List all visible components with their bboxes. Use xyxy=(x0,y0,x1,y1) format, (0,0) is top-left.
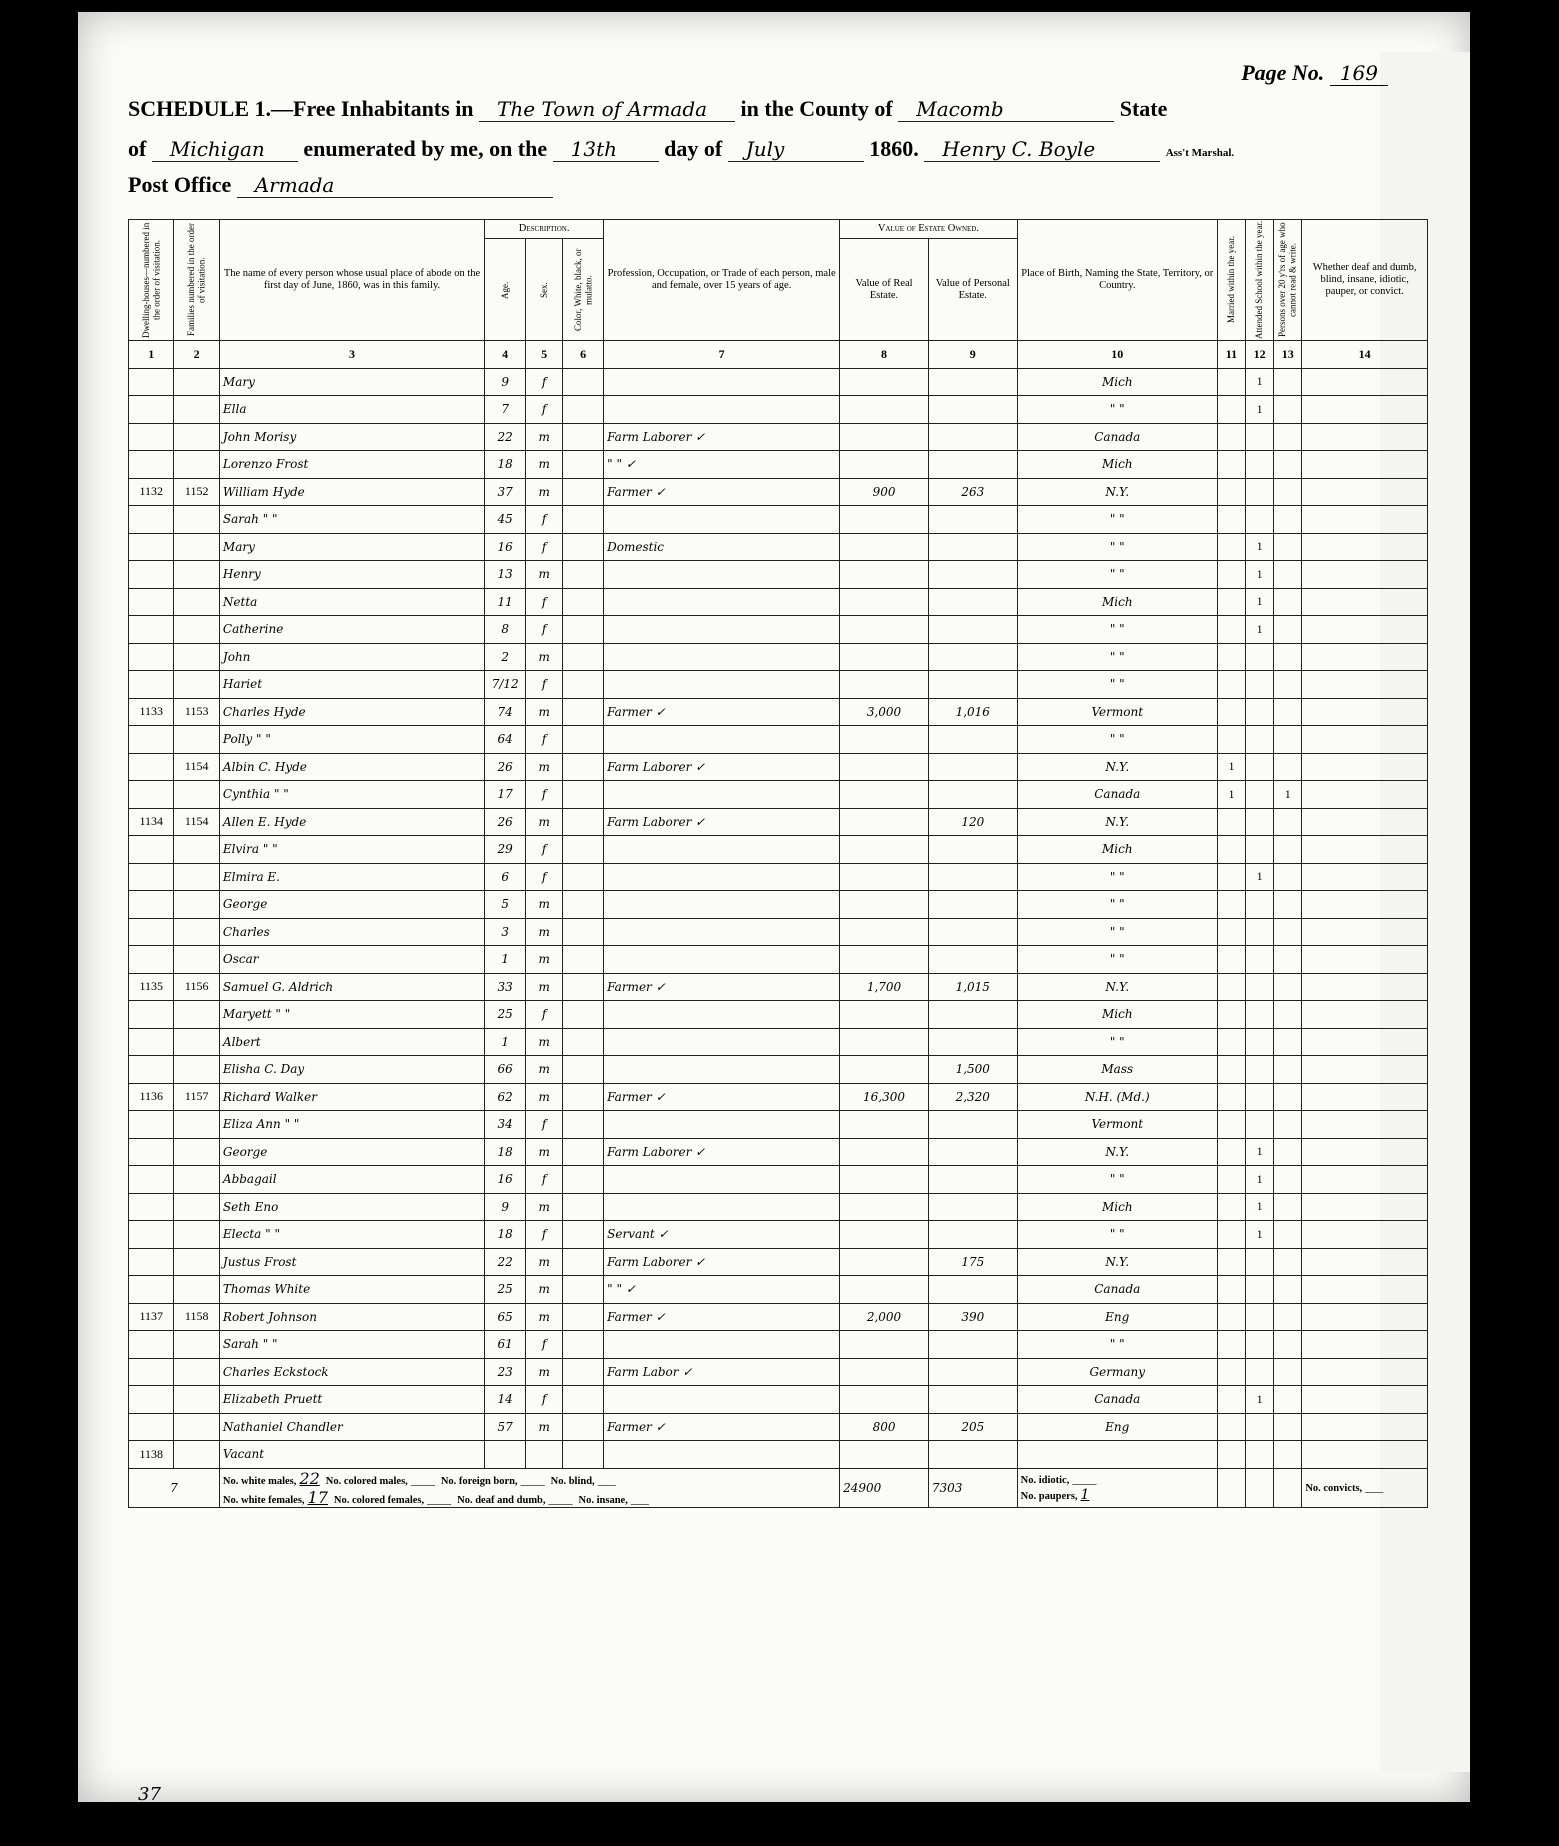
personal-estate-value xyxy=(928,1001,1017,1029)
sex: f xyxy=(526,1221,563,1249)
personal-estate-value: 120 xyxy=(928,808,1017,836)
color xyxy=(563,451,604,479)
dwelling-number xyxy=(129,753,174,781)
paupers-count: 1 xyxy=(1081,1487,1090,1503)
census-row: Henry13m" "1 xyxy=(129,561,1428,589)
attended-school xyxy=(1246,671,1274,699)
birthplace: Mich xyxy=(1017,588,1217,616)
family-number xyxy=(174,1386,219,1414)
family-number xyxy=(174,1111,219,1139)
color xyxy=(563,1358,604,1386)
personal-estate-value xyxy=(928,616,1017,644)
age: 25 xyxy=(485,1001,526,1029)
color xyxy=(563,973,604,1001)
sex: f xyxy=(526,396,563,424)
cannot-read-write xyxy=(1274,1111,1302,1139)
cannot-read-write xyxy=(1274,946,1302,974)
sex: m xyxy=(526,561,563,589)
occupation xyxy=(604,1193,840,1221)
sex: f xyxy=(526,726,563,754)
occupation: " " ✓ xyxy=(604,451,840,479)
sex: m xyxy=(526,1303,563,1331)
birthplace: Mich xyxy=(1017,451,1217,479)
age: 18 xyxy=(485,451,526,479)
occupation xyxy=(604,1386,840,1414)
census-row: Seth Eno9mMich1 xyxy=(129,1193,1428,1221)
real-estate-value xyxy=(840,396,929,424)
age: 18 xyxy=(485,1221,526,1249)
married-within-year xyxy=(1217,1276,1245,1304)
summary-footer: 7 No. white males, 22 No. colored males,… xyxy=(129,1468,1428,1507)
attended-school xyxy=(1246,918,1274,946)
real-estate-value xyxy=(840,423,929,451)
person-name: Justus Frost xyxy=(219,1248,484,1276)
birthplace: N.Y. xyxy=(1017,808,1217,836)
color xyxy=(563,836,604,864)
dwelling-number xyxy=(129,616,174,644)
condition xyxy=(1302,1386,1428,1414)
color xyxy=(563,891,604,919)
personal-estate-value: 263 xyxy=(928,478,1017,506)
birthplace: Mich xyxy=(1017,1193,1217,1221)
attended-school: 1 xyxy=(1246,1166,1274,1194)
attended-school: 1 xyxy=(1246,368,1274,396)
family-number xyxy=(174,588,219,616)
column-number: 1 xyxy=(129,341,174,369)
dwelling-number xyxy=(129,781,174,809)
personal-estate-value xyxy=(928,1221,1017,1249)
dwelling-number xyxy=(129,643,174,671)
age: 26 xyxy=(485,753,526,781)
occupation: Farmer ✓ xyxy=(604,698,840,726)
real-estate-value: 800 xyxy=(840,1413,929,1441)
person-name: Eliza Ann " " xyxy=(219,1111,484,1139)
condition xyxy=(1302,506,1428,534)
dwelling-number xyxy=(129,1386,174,1414)
occupation xyxy=(604,781,840,809)
real-estate-value: 3,000 xyxy=(840,698,929,726)
census-row: George18mFarm Laborer ✓N.Y.1 xyxy=(129,1138,1428,1166)
township: The Town of Armada xyxy=(479,97,735,122)
sex: m xyxy=(526,973,563,1001)
real-estate-value xyxy=(840,726,929,754)
attended-school xyxy=(1246,1303,1274,1331)
occupation: Farmer ✓ xyxy=(604,973,840,1001)
sex: m xyxy=(526,1028,563,1056)
birthplace: " " xyxy=(1017,506,1217,534)
color xyxy=(563,1221,604,1249)
married-within-year xyxy=(1217,1358,1245,1386)
dwelling-number xyxy=(129,863,174,891)
person-name: Charles xyxy=(219,918,484,946)
person-name: Sarah " " xyxy=(219,1331,484,1359)
color xyxy=(563,368,604,396)
dwelling-number xyxy=(129,506,174,534)
census-row: Nathaniel Chandler57mFarmer ✓800205Eng xyxy=(129,1413,1428,1441)
occupation xyxy=(604,726,840,754)
attended-school xyxy=(1246,1056,1274,1084)
occupation xyxy=(604,396,840,424)
color xyxy=(563,781,604,809)
married-within-year xyxy=(1217,368,1245,396)
family-number xyxy=(174,671,219,699)
dwelling-number xyxy=(129,561,174,589)
color xyxy=(563,946,604,974)
occupation: Servant ✓ xyxy=(604,1221,840,1249)
cannot-read-write xyxy=(1274,616,1302,644)
color xyxy=(563,1303,604,1331)
census-rows: Mary9fMich1Ella7f" "1John Morisy22mFarm … xyxy=(129,368,1428,1468)
birthplace: N.Y. xyxy=(1017,478,1217,506)
dwelling-number xyxy=(129,1221,174,1249)
condition xyxy=(1302,808,1428,836)
condition xyxy=(1302,1248,1428,1276)
birthplace: " " xyxy=(1017,891,1217,919)
census-row: Hariet7/12f" " xyxy=(129,671,1428,699)
real-estate-value: 2,000 xyxy=(840,1303,929,1331)
occupation xyxy=(604,1441,840,1469)
personal-estate-value: 175 xyxy=(928,1248,1017,1276)
census-row: 11371158Robert Johnson65mFarmer ✓2,00039… xyxy=(129,1303,1428,1331)
personal-estate-value xyxy=(928,753,1017,781)
dwelling-number xyxy=(129,588,174,616)
cannot-read-write xyxy=(1274,1083,1302,1111)
occupation xyxy=(604,1028,840,1056)
sex: m xyxy=(526,946,563,974)
personal-estate-value xyxy=(928,1386,1017,1414)
header-line-1: SCHEDULE 1.—Free Inhabitants in The Town… xyxy=(128,96,1167,122)
family-number xyxy=(174,1358,219,1386)
age: 9 xyxy=(485,368,526,396)
condition xyxy=(1302,1221,1428,1249)
occupation xyxy=(604,1111,840,1139)
married-within-year xyxy=(1217,1138,1245,1166)
occupation xyxy=(604,1001,840,1029)
age: 25 xyxy=(485,1276,526,1304)
census-row: 11351156Samuel G. Aldrich33mFarmer ✓1,70… xyxy=(129,973,1428,1001)
married-within-year xyxy=(1217,698,1245,726)
family-number xyxy=(174,726,219,754)
occupation: Farm Laborer ✓ xyxy=(604,1138,840,1166)
person-name: Oscar xyxy=(219,946,484,974)
cannot-read-write xyxy=(1274,671,1302,699)
real-estate-value xyxy=(840,643,929,671)
column-number: 14 xyxy=(1302,341,1428,369)
married-within-year xyxy=(1217,1056,1245,1084)
personal-estate-value xyxy=(928,891,1017,919)
condition xyxy=(1302,561,1428,589)
page-number: Page No. 169 xyxy=(1241,60,1388,86)
age: 5 xyxy=(485,891,526,919)
person-name: Mary xyxy=(219,368,484,396)
white-females-count: 17 xyxy=(308,1488,328,1507)
sex: m xyxy=(526,1056,563,1084)
census-row: Justus Frost22mFarm Laborer ✓175N.Y. xyxy=(129,1248,1428,1276)
real-estate-value xyxy=(840,891,929,919)
sex: f xyxy=(526,1111,563,1139)
dwelling-number xyxy=(129,396,174,424)
married-within-year xyxy=(1217,836,1245,864)
cannot-read-write xyxy=(1274,973,1302,1001)
person-name: Mary xyxy=(219,533,484,561)
sex: f xyxy=(526,533,563,561)
condition xyxy=(1302,1276,1428,1304)
birthplace: " " xyxy=(1017,1028,1217,1056)
attended-school xyxy=(1246,1331,1274,1359)
cannot-read-write xyxy=(1274,1413,1302,1441)
census-row: Maryett " "25fMich xyxy=(129,1001,1428,1029)
real-estate-value: 900 xyxy=(840,478,929,506)
married-within-year xyxy=(1217,891,1245,919)
married-within-year xyxy=(1217,671,1245,699)
marshal-name: Henry C. Boyle xyxy=(924,137,1160,162)
sex: m xyxy=(526,753,563,781)
condition xyxy=(1302,1358,1428,1386)
real-estate-value xyxy=(840,671,929,699)
married-within-year xyxy=(1217,918,1245,946)
real-estate-value xyxy=(840,506,929,534)
age: 66 xyxy=(485,1056,526,1084)
attended-school: 1 xyxy=(1246,1138,1274,1166)
sex: m xyxy=(526,1083,563,1111)
occupation xyxy=(604,863,840,891)
birthplace: " " xyxy=(1017,726,1217,754)
birthplace: " " xyxy=(1017,1331,1217,1359)
attended-school: 1 xyxy=(1246,1221,1274,1249)
birthplace: " " xyxy=(1017,1166,1217,1194)
birthplace: Eng xyxy=(1017,1303,1217,1331)
person-name: Hariet xyxy=(219,671,484,699)
dwelling-number xyxy=(129,918,174,946)
census-row: Lorenzo Frost18m" " ✓Mich xyxy=(129,451,1428,479)
occupation: Farm Laborer ✓ xyxy=(604,808,840,836)
census-row: 11361157Richard Walker62mFarmer ✓16,3002… xyxy=(129,1083,1428,1111)
color xyxy=(563,1441,604,1469)
family-number xyxy=(174,616,219,644)
attended-school xyxy=(1246,946,1274,974)
column-number: 11 xyxy=(1217,341,1245,369)
condition xyxy=(1302,1303,1428,1331)
dwellings-tally: 7 xyxy=(129,1468,220,1507)
color xyxy=(563,588,604,616)
cannot-read-write xyxy=(1274,368,1302,396)
condition xyxy=(1302,1441,1428,1469)
birthplace: Canada xyxy=(1017,1276,1217,1304)
dwelling-number: 1135 xyxy=(129,973,174,1001)
cannot-read-write xyxy=(1274,1276,1302,1304)
birthplace: " " xyxy=(1017,396,1217,424)
age: 8 xyxy=(485,616,526,644)
condition xyxy=(1302,533,1428,561)
married-within-year: 1 xyxy=(1217,753,1245,781)
family-number xyxy=(174,781,219,809)
color xyxy=(563,1138,604,1166)
age: 7/12 xyxy=(485,671,526,699)
married-within-year xyxy=(1217,808,1245,836)
enumeration-month: July xyxy=(728,137,864,162)
census-row: Elizabeth Pruett14fCanada1 xyxy=(129,1386,1428,1414)
color xyxy=(563,1386,604,1414)
column-number: 6 xyxy=(563,341,604,369)
sex: f xyxy=(526,781,563,809)
census-row: 11341154Allen E. Hyde26mFarm Laborer ✓12… xyxy=(129,808,1428,836)
sex: f xyxy=(526,863,563,891)
cannot-read-write xyxy=(1274,423,1302,451)
attended-school xyxy=(1246,1441,1274,1469)
cannot-read-write xyxy=(1274,396,1302,424)
col-name-header: The name of every person whose usual pla… xyxy=(219,220,484,341)
attended-school xyxy=(1246,451,1274,479)
family-number: 1156 xyxy=(174,973,219,1001)
dwelling-number xyxy=(129,671,174,699)
personal-estate-value xyxy=(928,1193,1017,1221)
col-color-header: Color, White, black, or mulatto. xyxy=(563,239,604,341)
color xyxy=(563,753,604,781)
column-number: 9 xyxy=(928,341,1017,369)
personal-estate-value xyxy=(928,1441,1017,1469)
color xyxy=(563,1193,604,1221)
column-number: 7 xyxy=(604,341,840,369)
color xyxy=(563,1111,604,1139)
birthplace xyxy=(1017,1441,1217,1469)
personal-estate-value xyxy=(928,781,1017,809)
age: 18 xyxy=(485,1138,526,1166)
married-within-year xyxy=(1217,1028,1245,1056)
person-name: Richard Walker xyxy=(219,1083,484,1111)
census-row: John Morisy22mFarm Laborer ✓Canada xyxy=(129,423,1428,451)
census-row: Electa " "18fServant ✓" "1 xyxy=(129,1221,1428,1249)
married-within-year xyxy=(1217,506,1245,534)
cannot-read-write xyxy=(1274,506,1302,534)
col-birthplace-header: Place of Birth, Naming the State, Territ… xyxy=(1017,220,1217,341)
dwelling-number: 1138 xyxy=(129,1441,174,1469)
occupation: Farmer ✓ xyxy=(604,1303,840,1331)
family-number xyxy=(174,506,219,534)
census-row: 1138Vacant xyxy=(129,1441,1428,1469)
person-name: Henry xyxy=(219,561,484,589)
census-row: Thomas White25m" " ✓Canada xyxy=(129,1276,1428,1304)
color xyxy=(563,506,604,534)
real-estate-value xyxy=(840,1441,929,1469)
color xyxy=(563,1028,604,1056)
column-number: 8 xyxy=(840,341,929,369)
cannot-read-write xyxy=(1274,753,1302,781)
personal-estate-value xyxy=(928,946,1017,974)
condition xyxy=(1302,588,1428,616)
personal-estate-value xyxy=(928,1166,1017,1194)
birthplace: Canada xyxy=(1017,781,1217,809)
real-estate-value xyxy=(840,836,929,864)
personal-estate-value xyxy=(928,836,1017,864)
color xyxy=(563,533,604,561)
cannot-read-write xyxy=(1274,863,1302,891)
dwelling-number xyxy=(129,726,174,754)
sex: f xyxy=(526,1331,563,1359)
personal-estate-value xyxy=(928,1138,1017,1166)
attended-school: 1 xyxy=(1246,1386,1274,1414)
color xyxy=(563,1166,604,1194)
attended-school xyxy=(1246,808,1274,836)
married-within-year xyxy=(1217,1001,1245,1029)
dwelling-number xyxy=(129,1331,174,1359)
condition xyxy=(1302,918,1428,946)
sex: m xyxy=(526,1248,563,1276)
sex: m xyxy=(526,1358,563,1386)
family-number xyxy=(174,643,219,671)
cannot-read-write xyxy=(1274,698,1302,726)
married-within-year xyxy=(1217,1166,1245,1194)
cannot-read-write xyxy=(1274,1166,1302,1194)
age: 22 xyxy=(485,1248,526,1276)
dwelling-number: 1134 xyxy=(129,808,174,836)
dwelling-number: 1137 xyxy=(129,1303,174,1331)
birthplace: Eng xyxy=(1017,1413,1217,1441)
birthplace: Vermont xyxy=(1017,698,1217,726)
age: 13 xyxy=(485,561,526,589)
sex: m xyxy=(526,1193,563,1221)
age: 29 xyxy=(485,836,526,864)
census-row: Albert1m" " xyxy=(129,1028,1428,1056)
dwelling-number xyxy=(129,451,174,479)
age: 17 xyxy=(485,781,526,809)
person-name: Sarah " " xyxy=(219,506,484,534)
page-number-value: 169 xyxy=(1330,61,1388,86)
color xyxy=(563,616,604,644)
col-sex-header: Sex. xyxy=(526,239,563,341)
condition xyxy=(1302,478,1428,506)
cannot-read-write xyxy=(1274,1441,1302,1469)
real-estate-value: 16,300 xyxy=(840,1083,929,1111)
condition xyxy=(1302,1028,1428,1056)
sex: m xyxy=(526,478,563,506)
sex: f xyxy=(526,1166,563,1194)
real-estate-total: 24900 xyxy=(840,1468,929,1507)
person-name: Elizabeth Pruett xyxy=(219,1386,484,1414)
real-estate-value xyxy=(840,1276,929,1304)
age: 26 xyxy=(485,808,526,836)
census-row: John2m" " xyxy=(129,643,1428,671)
person-name: Ella xyxy=(219,396,484,424)
age: 16 xyxy=(485,533,526,561)
age: 9 xyxy=(485,1193,526,1221)
married-within-year xyxy=(1217,1331,1245,1359)
condition xyxy=(1302,1056,1428,1084)
census-row: Sarah " "45f" " xyxy=(129,506,1428,534)
occupation: Farmer ✓ xyxy=(604,478,840,506)
birthplace: Germany xyxy=(1017,1358,1217,1386)
cannot-read-write xyxy=(1274,533,1302,561)
sex: m xyxy=(526,423,563,451)
census-row: Elmira E.6f" "1 xyxy=(129,863,1428,891)
age: 33 xyxy=(485,973,526,1001)
census-row: Charles3m" " xyxy=(129,918,1428,946)
married-within-year: 1 xyxy=(1217,781,1245,809)
dwelling-number xyxy=(129,1056,174,1084)
birthplace: " " xyxy=(1017,533,1217,561)
occupation: Domestic xyxy=(604,533,840,561)
sex: f xyxy=(526,368,563,396)
condition xyxy=(1302,698,1428,726)
color xyxy=(563,423,604,451)
dwelling-number xyxy=(129,1111,174,1139)
real-estate-value xyxy=(840,1248,929,1276)
family-number xyxy=(174,1276,219,1304)
color xyxy=(563,478,604,506)
married-within-year xyxy=(1217,1083,1245,1111)
census-row: Abbagail16f" "1 xyxy=(129,1166,1428,1194)
real-estate-value xyxy=(840,368,929,396)
cannot-read-write xyxy=(1274,1386,1302,1414)
